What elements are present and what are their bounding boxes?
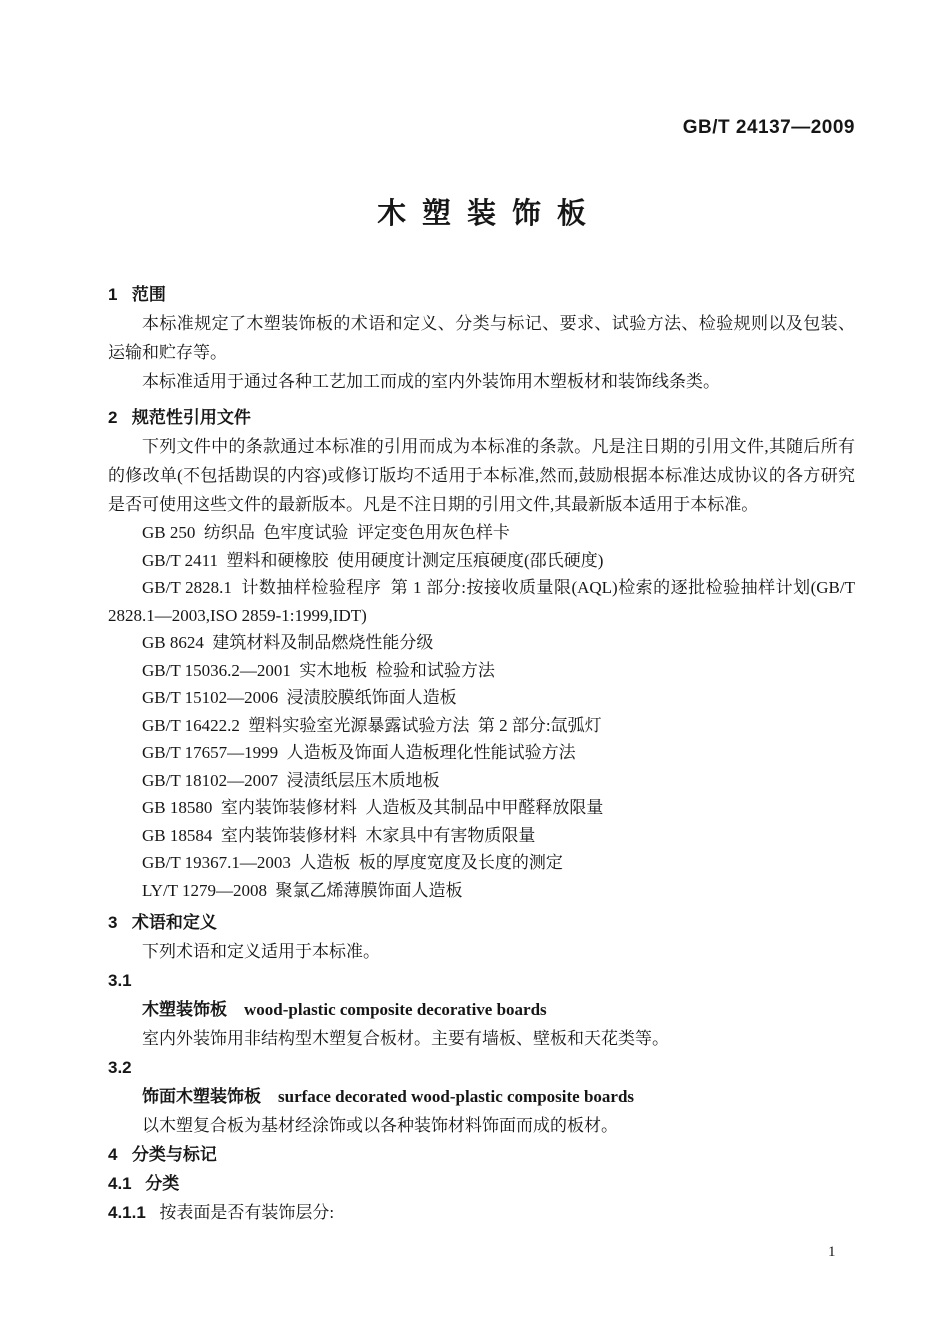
term-line: 饰面木塑装饰板surface decorated wood-plastic co… [108,1082,855,1111]
term-definition: 以木塑复合板为基材经涂饰或以各种装饰材料饰面而成的板材。 [108,1111,855,1140]
term-line: 木塑装饰板wood-plastic composite decorative b… [108,995,855,1024]
reference-item: GB 18584 室内装饰装修材料 木家具中有害物质限量 [108,822,855,850]
reference-item: GB 18580 室内装饰装修材料 人造板及其制品中甲醛释放限量 [108,794,855,822]
section-number: 1 [108,285,117,304]
term-chinese: 木塑装饰板 [142,1000,227,1019]
term-entry: 3.1 木塑装饰板wood-plastic composite decorati… [108,966,855,1053]
reference-item: LY/T 1279—2008 聚氯乙烯薄膜饰面人造板 [108,877,855,905]
reference-item: GB/T 17657—1999 人造板及饰面人造板理化性能试验方法 [108,739,855,767]
reference-item: GB/T 15102—2006 浸渍胶膜纸饰面人造板 [108,684,855,712]
section-normative-references: 2规范性引用文件 下列文件中的条款通过本标准的引用而成为本标准的条款。凡是注日期… [108,403,855,904]
references-list: GB 250 纺织品 色牢度试验 评定变色用灰色样卡 GB/T 2411 塑料和… [108,519,855,904]
clause-number: 3.2 [108,1053,855,1082]
page-content: GB/T 24137—2009 木塑装饰板 1范围 本标准规定了木塑装饰板的术语… [0,0,950,1227]
section-title: 规范性引用文件 [132,408,251,427]
term-definition: 室内外装饰用非结构型木塑复合板材。主要有墙板、壁板和天花类等。 [108,1024,855,1053]
scope-paragraph-2: 本标准适用于通过各种工艺加工而成的室内外装饰用木塑板材和装饰线条类。 [108,367,855,396]
clause-number: 4.1.1 [108,1203,146,1222]
term-english: surface decorated wood-plastic composite… [278,1087,634,1106]
section-number: 3 [108,913,117,932]
term-english: wood-plastic composite decorative boards [244,1000,547,1019]
reference-item: GB/T 2828.1 计数抽样检验程序 第 1 部分:按接收质量限(AQL)检… [108,574,855,629]
term-chinese: 饰面木塑装饰板 [142,1087,261,1106]
reference-item: GB 8624 建筑材料及制品燃烧性能分级 [108,629,855,657]
standard-code: GB/T 24137—2009 [108,0,855,140]
subsection-heading-4-1: 4.1分类 [108,1169,855,1198]
page-number: 1 [828,1242,836,1262]
section-number: 2 [108,408,117,427]
reference-item: GB/T 19367.1—2003 人造板 板的厚度宽度及长度的测定 [108,849,855,877]
section-terms-definitions: 3术语和定义 下列术语和定义适用于本标准。 3.1 木塑装饰板wood-plas… [108,908,855,1140]
reference-item: GB/T 15036.2—2001 实木地板 检验和试验方法 [108,657,855,685]
subsection-title: 分类 [145,1174,179,1193]
section-heading-terms: 3术语和定义 [108,908,855,937]
terms-intro: 下列术语和定义适用于本标准。 [108,937,855,966]
clause-4-1-1: 4.1.1按表面是否有装饰层分: [108,1198,855,1227]
section-title: 术语和定义 [132,913,217,932]
section-number: 4 [108,1145,117,1164]
clause-text: 按表面是否有装饰层分: [159,1203,334,1222]
section-heading-classification: 4分类与标记 [108,1140,855,1169]
reference-item: GB/T 18102—2007 浸渍纸层压木质地板 [108,767,855,795]
reference-item: GB 250 纺织品 色牢度试验 评定变色用灰色样卡 [108,519,855,547]
references-intro: 下列文件中的条款通过本标准的引用而成为本标准的条款。凡是注日期的引用文件,其随后… [108,432,855,519]
section-heading-scope: 1范围 [108,280,855,309]
scanned-standard-page: { "header": { "standard_code": "GB/T 241… [0,0,950,1344]
document-title: 木塑装饰板 [108,194,855,234]
scope-paragraph-1: 本标准规定了木塑装饰板的术语和定义、分类与标记、要求、试验方法、检验规则以及包装… [108,309,855,367]
subsection-number: 4.1 [108,1174,132,1193]
term-entry: 3.2 饰面木塑装饰板surface decorated wood-plasti… [108,1053,855,1140]
clause-number: 3.1 [108,966,855,995]
reference-item: GB/T 16422.2 塑料实验室光源暴露试验方法 第 2 部分:氙弧灯 [108,712,855,740]
section-title: 范围 [132,285,166,304]
section-scope: 1范围 本标准规定了木塑装饰板的术语和定义、分类与标记、要求、试验方法、检验规则… [108,280,855,396]
section-title: 分类与标记 [132,1145,217,1164]
reference-item: GB/T 2411 塑料和硬橡胶 使用硬度计测定压痕硬度(邵氏硬度) [108,547,855,575]
section-classification: 4分类与标记 4.1分类 4.1.1按表面是否有装饰层分: [108,1140,855,1227]
section-heading-references: 2规范性引用文件 [108,403,855,432]
